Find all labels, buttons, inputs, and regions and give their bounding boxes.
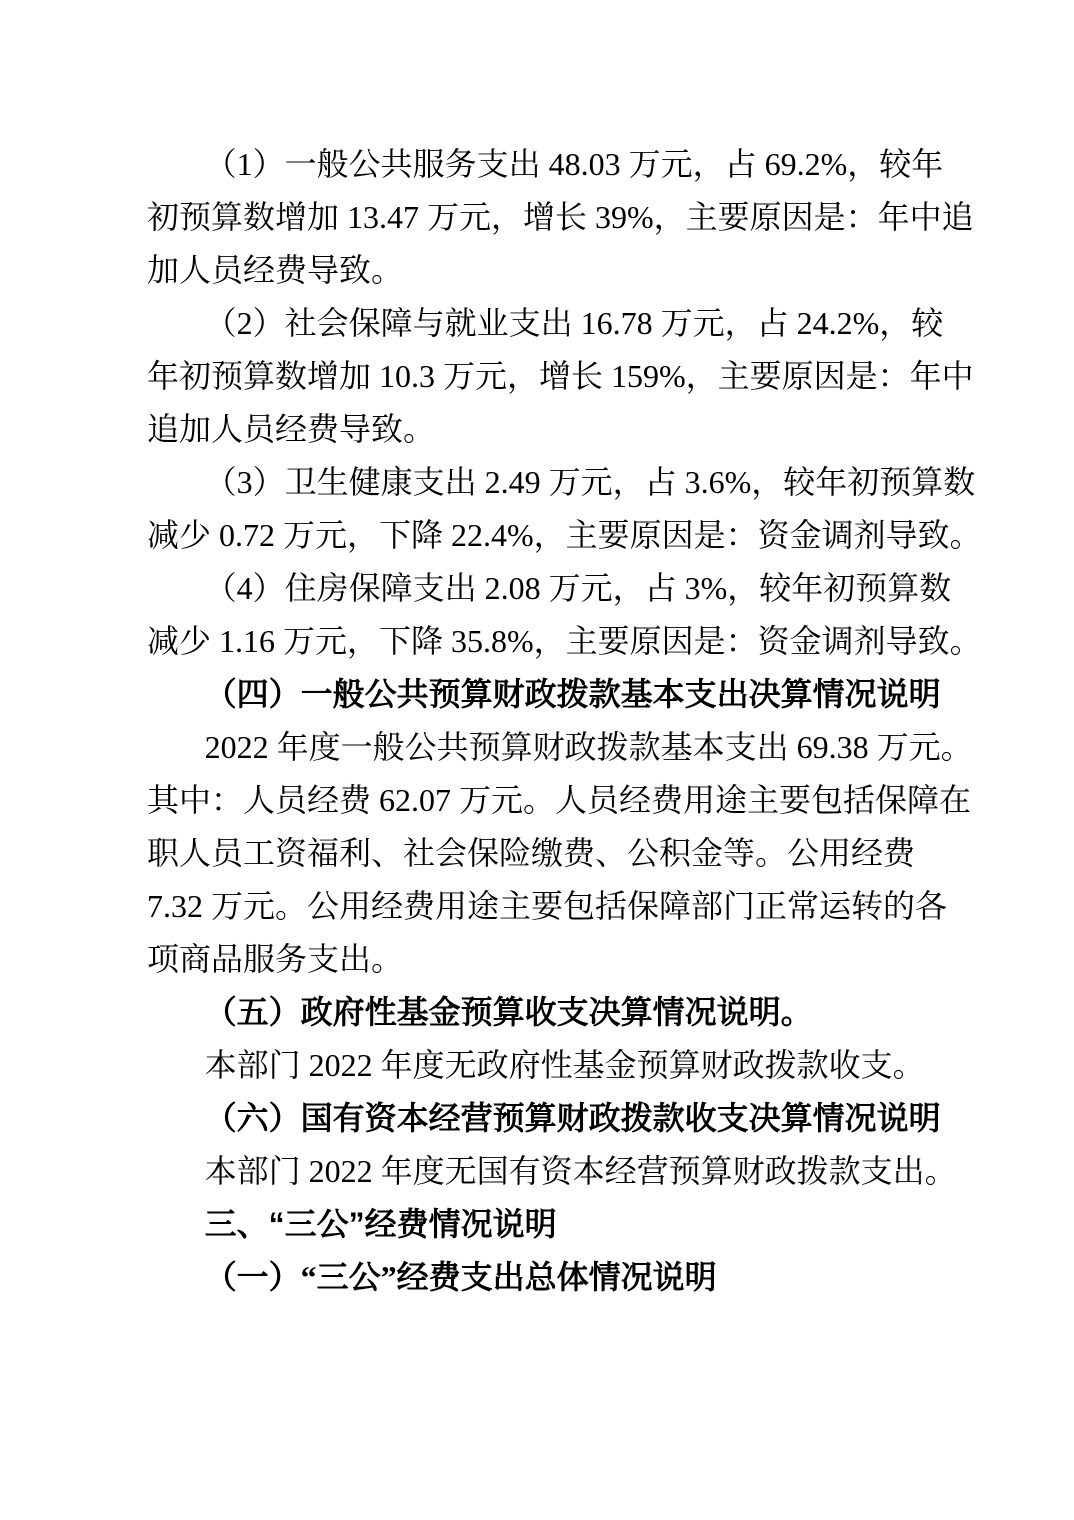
text-line: 年初预算数增加 10.3 万元，增长 159%，主要原因是：年中: [147, 350, 974, 403]
chapter-heading: 三、“三公”经费情况说明: [147, 1198, 974, 1251]
text-line: 减少 1.16 万元，下降 35.8%，主要原因是：资金调剂导致。: [147, 615, 974, 668]
para-state-capital-budget-note: 本部门 2022 年度无国有资本经营预算财政拨款支出。: [147, 1145, 974, 1198]
text-line: （1）一般公共服务支出 48.03 万元，占 69.2%，较年: [147, 138, 974, 191]
text-line: 职人员工资福利、社会保险缴费、公积金等。公用经费: [147, 827, 974, 880]
text-line: 项商品服务支出。: [147, 933, 974, 986]
text-line: 追加人员经费导致。: [147, 403, 974, 456]
text-line: 初预算数增加 13.47 万元，增长 39%，主要原因是：年中追: [147, 191, 974, 244]
text-line: 7.32 万元。公用经费用途主要包括保障部门正常运转的各: [147, 880, 974, 933]
text-line: 加人员经费导致。: [147, 244, 974, 297]
section-heading: （六）国有资本经营预算财政拨款收支决算情况说明: [147, 1092, 974, 1145]
para-social-security-employment: （2）社会保障与就业支出 16.78 万元，占 24.2%，较 年初预算数增加 …: [147, 297, 974, 456]
para-health-expenditure: （3）卫生健康支出 2.49 万元，占 3.6%，较年初预算数 减少 0.72 …: [147, 456, 974, 562]
text-line: 2022 年度一般公共预算财政拨款基本支出 69.38 万元。: [147, 721, 974, 774]
para-gov-fund-budget-note: 本部门 2022 年度无政府性基金预算财政拨款收支。: [147, 1039, 974, 1092]
section-heading: （五）政府性基金预算收支决算情况说明。: [147, 986, 974, 1039]
text-line: 本部门 2022 年度无政府性基金预算财政拨款收支。: [147, 1039, 974, 1092]
document-page: （1）一般公共服务支出 48.03 万元，占 69.2%，较年 初预算数增加 1…: [0, 0, 1074, 1520]
subheading-three-public-overview: （一）“三公”经费支出总体情况说明: [147, 1251, 974, 1304]
heading-state-capital-budget: （六）国有资本经营预算财政拨款收支决算情况说明: [147, 1092, 974, 1145]
para-housing-security: （4）住房保障支出 2.08 万元，占 3%，较年初预算数 减少 1.16 万元…: [147, 562, 974, 668]
text-line: 本部门 2022 年度无国有资本经营预算财政拨款支出。: [147, 1145, 974, 1198]
text-line: （3）卫生健康支出 2.49 万元，占 3.6%，较年初预算数: [147, 456, 974, 509]
text-line: （2）社会保障与就业支出 16.78 万元，占 24.2%，较: [147, 297, 974, 350]
text-line: （4）住房保障支出 2.08 万元，占 3%，较年初预算数: [147, 562, 974, 615]
heading-three-public-funds: 三、“三公”经费情况说明: [147, 1198, 974, 1251]
heading-basic-expenditure: （四）一般公共预算财政拨款基本支出决算情况说明: [147, 668, 974, 721]
heading-gov-fund-budget: （五）政府性基金预算收支决算情况说明。: [147, 986, 974, 1039]
para-basic-expenditure-detail: 2022 年度一般公共预算财政拨款基本支出 69.38 万元。 其中：人员经费 …: [147, 721, 974, 986]
section-heading: （一）“三公”经费支出总体情况说明: [147, 1251, 974, 1304]
text-line: 其中：人员经费 62.07 万元。人员经费用途主要包括保障在: [147, 774, 974, 827]
section-heading: （四）一般公共预算财政拨款基本支出决算情况说明: [147, 668, 974, 721]
text-line: 减少 0.72 万元，下降 22.4%，主要原因是：资金调剂导致。: [147, 509, 974, 562]
para-general-public-services: （1）一般公共服务支出 48.03 万元，占 69.2%，较年 初预算数增加 1…: [147, 138, 974, 297]
